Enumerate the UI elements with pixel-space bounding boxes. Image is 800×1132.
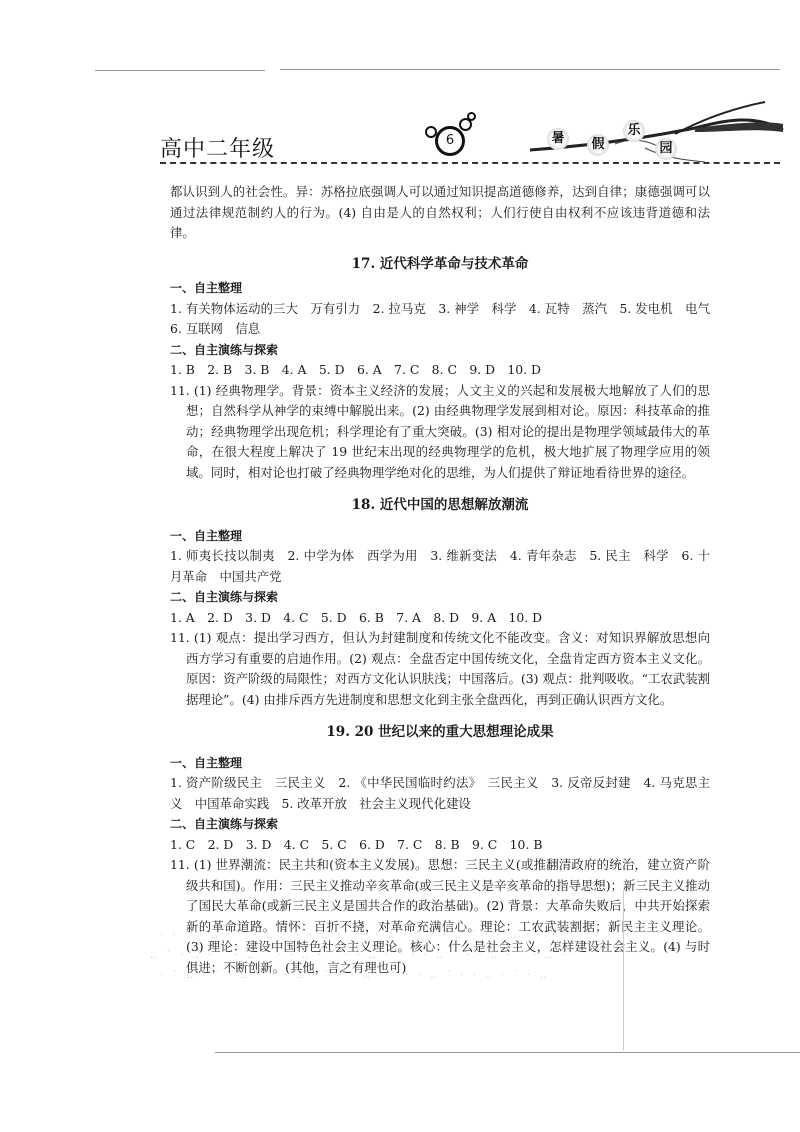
- section-title: 18. 近代中国的思想解放潮流: [170, 495, 710, 516]
- scan-bottom-edge: [215, 1052, 800, 1053]
- choice-answers: 1. B 2. B 3. B 4. A 5. D 6. A 7. C 8. C …: [170, 360, 710, 381]
- fold-line: [623, 890, 624, 1050]
- scanned-page: 高中二年级 6 暑 假 乐 园 都认识到人的社会性。异：苏格拉底强调人可以通过知…: [0, 0, 800, 1132]
- bleed-through-noise: · · ˙ · ‥ · ˙ · ‥ ˙ · · ‥ · ˙ · · ‥ · ˙ …: [160, 930, 558, 941]
- essay-answer: 11. (1) 观点：提出学习西方，但认为封建制度和传统文化不能改变。含义：对知…: [170, 628, 710, 710]
- bleed-through-noise: ‥ ˙ · ‥ · ˙ · ‥ ˙ · · ‥ · ˙ · · ‥ · ˙ · …: [150, 950, 568, 961]
- subheading: 一、自主整理: [170, 278, 710, 299]
- bleed-through-noise: · ˙ ‥ · ˙ · ‥ ˙ · · ‥ · ˙ · · ‥ · ˙ · · …: [160, 970, 549, 981]
- essay-answer: 11. (1) 经典物理学。背景：资本主义经济的发展；人文主义的兴起和发展极大地…: [170, 381, 710, 484]
- choice-answers: 1. C 2. D 3. D 4. C 5. C 6. D 7. C 8. B …: [170, 835, 710, 856]
- choice-answers: 1. A 2. D 3. D 4. C 5. D 6. B 7. A 8. D …: [170, 608, 710, 629]
- fill-in-answers: 1. 有关物体运动的三大 万有引力 2. 拉马克 3. 神学 科学 4. 瓦特 …: [170, 299, 710, 340]
- banner-char: 暑: [547, 128, 569, 150]
- answer-content: 都认识到人的社会性。异：苏格拉底强调人可以通过知识提高道德修养，达到自律；康德强…: [170, 182, 710, 978]
- summer-holiday-banner: 暑 假 乐 园: [525, 98, 785, 168]
- subheading: 一、自主整理: [170, 753, 710, 774]
- fill-in-answers: 1. 资产阶级民主 三民主义 2. 《中华民国临时约法》 三民主义 3. 反帝反…: [170, 773, 710, 814]
- scan-artifact-line: [95, 70, 265, 71]
- decor-ring-icon: [467, 112, 476, 121]
- fill-in-answers: 1. 师夷长技以制夷 2. 中学为体 西学为用 3. 维新变法 4. 青年杂志 …: [170, 546, 710, 587]
- intro-paragraph: 都认识到人的社会性。异：苏格拉底强调人可以通过知识提高道德修养，达到自律；康德强…: [170, 182, 710, 244]
- grade-title: 高中二年级: [160, 132, 275, 163]
- scan-artifact-line: [280, 69, 780, 70]
- section-title: 17. 近代科学革命与技术革命: [170, 254, 710, 275]
- banner-char: 乐: [623, 120, 645, 142]
- section-title: 19. 20 世纪以来的重大思想理论成果: [170, 722, 710, 743]
- subheading: 二、自主演练与探索: [170, 814, 710, 835]
- banner-char: 假: [587, 134, 609, 156]
- banner-char: 园: [655, 138, 677, 160]
- subheading: 一、自主整理: [170, 526, 710, 547]
- page-header: 高中二年级 6 暑 假 乐 园: [160, 128, 780, 168]
- header-dashed-rule: [160, 162, 780, 164]
- page-number-badge: 6: [427, 120, 463, 156]
- page-number: 6: [435, 126, 465, 156]
- subheading: 二、自主演练与探索: [170, 587, 710, 608]
- subheading: 二、自主演练与探索: [170, 340, 710, 361]
